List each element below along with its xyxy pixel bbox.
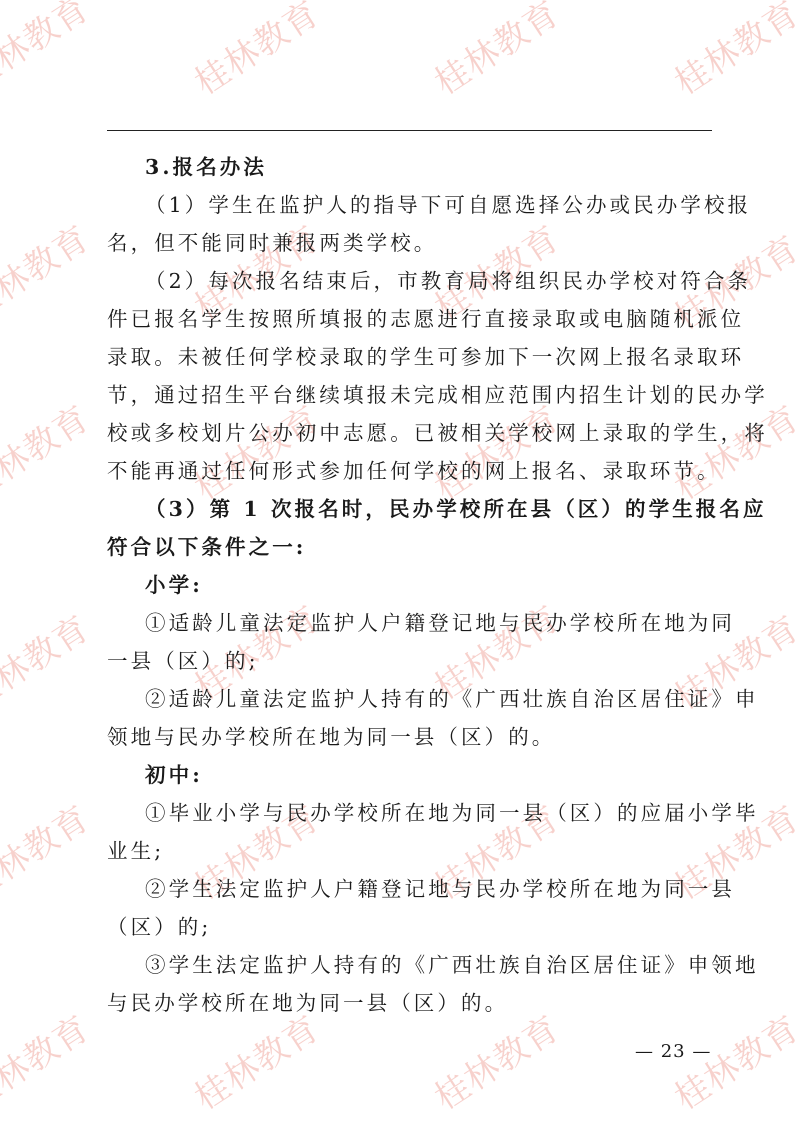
list-item-line: （区）的;	[107, 908, 712, 946]
list-item-line: 与民办学校所在地为同一县（区）的。	[107, 984, 712, 1022]
bold-paragraph-line: 符合以下条件之一:	[107, 528, 712, 566]
subheading-junior-high: 初中:	[107, 756, 712, 794]
watermark-text: 桂林教育	[0, 212, 97, 329]
watermark-text: 桂林教育	[663, 0, 800, 104]
subheading-primary-school: 小学:	[107, 566, 712, 604]
list-item-line: 领地与民办学校所在地为同一县（区）的。	[107, 718, 712, 756]
list-item-line: ②适龄儿童法定监护人持有的《广西壮族自治区居住证》申	[107, 680, 712, 718]
document-body: 3.报名办法 （1）学生在监护人的指导下可自愿选择公办或民办学校报 名，但不能同…	[107, 148, 712, 1022]
watermark-text: 桂林教育	[0, 792, 97, 909]
list-item-line: ③学生法定监护人持有的《广西壮族自治区居住证》申领地	[107, 946, 712, 984]
paragraph-line: （1）学生在监护人的指导下可自愿选择公办或民办学校报	[107, 186, 712, 224]
page-number: — 23 —	[635, 1040, 711, 1064]
watermark-text: 桂林教育	[0, 1002, 97, 1119]
paragraph-line: 节，通过招生平台继续填报未完成相应范围内招生计划的民办学	[107, 376, 712, 414]
paragraph-line: 件已报名学生按照所填报的志愿进行直接录取或电脑随机派位	[107, 300, 712, 338]
bold-paragraph-line: （3）第 1 次报名时，民办学校所在县（区）的学生报名应	[107, 490, 712, 528]
paragraph-line: 名，但不能同时兼报两类学校。	[107, 224, 712, 262]
paragraph-line: 校或多校划片公办初中志愿。已被相关学校网上录取的学生，将	[107, 414, 712, 452]
watermark-text: 桂林教育	[0, 0, 97, 99]
watermark-text: 桂林教育	[183, 0, 327, 104]
paragraph-line: （2）每次报名结束后，市教育局将组织民办学校对符合条	[107, 262, 712, 300]
paragraph-line: 录取。未被任何学校录取的学生可参加下一次网上报名录取环	[107, 338, 712, 376]
watermark-text: 桂林教育	[0, 602, 97, 719]
watermark-text: 桂林教育	[423, 0, 567, 104]
list-item-line: ②学生法定监护人户籍登记地与民办学校所在地为同一县	[107, 870, 712, 908]
watermark-text: 桂林教育	[0, 392, 97, 509]
list-item-line: ①毕业小学与民办学校所在地为同一县（区）的应届小学毕	[107, 794, 712, 832]
list-item-line: 业生;	[107, 832, 712, 870]
paragraph-line: 不能再通过任何形式参加任何学校的网上报名、录取环节。	[107, 452, 712, 490]
section-heading: 3.报名办法	[107, 148, 712, 186]
list-item-line: ①适龄儿童法定监护人户籍登记地与民办学校所在地为同	[107, 604, 712, 642]
header-rule	[107, 130, 712, 131]
list-item-line: 一县（区）的;	[107, 642, 712, 680]
